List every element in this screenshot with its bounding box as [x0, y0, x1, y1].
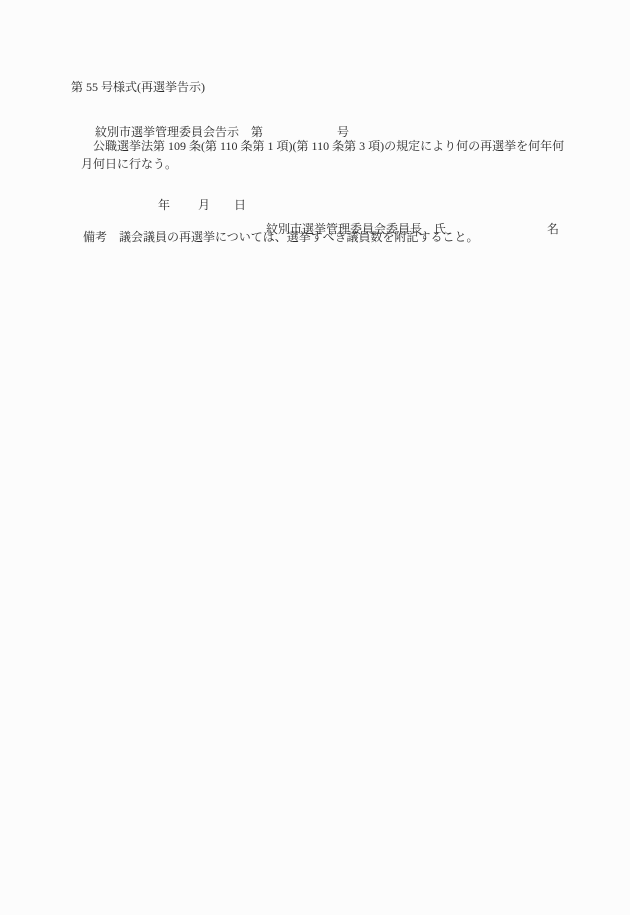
month-blank [170, 208, 198, 209]
month-label: 月 [198, 198, 210, 212]
form-number-label: 第 55 号様式(再選挙告示) [71, 78, 205, 96]
date-line: 年月日 [146, 178, 246, 232]
day-blank [210, 208, 234, 209]
remarks-line: 備考 議会議員の再選挙については、選挙すべき議員数を附記すること。 [83, 228, 479, 246]
notice-number-blank [263, 135, 337, 136]
document-page: 第 55 号様式(再選挙告示) 紋別市選挙管理委員会告示 第号 公職選挙法第 1… [0, 0, 630, 915]
day-label: 日 [234, 198, 246, 212]
signature-suffix: 名 [547, 222, 559, 236]
body-paragraph: 公職選挙法第 109 条(第 110 条第 1 項)(第 110 条第 3 項)… [81, 137, 575, 173]
year-label: 年 [158, 198, 170, 212]
